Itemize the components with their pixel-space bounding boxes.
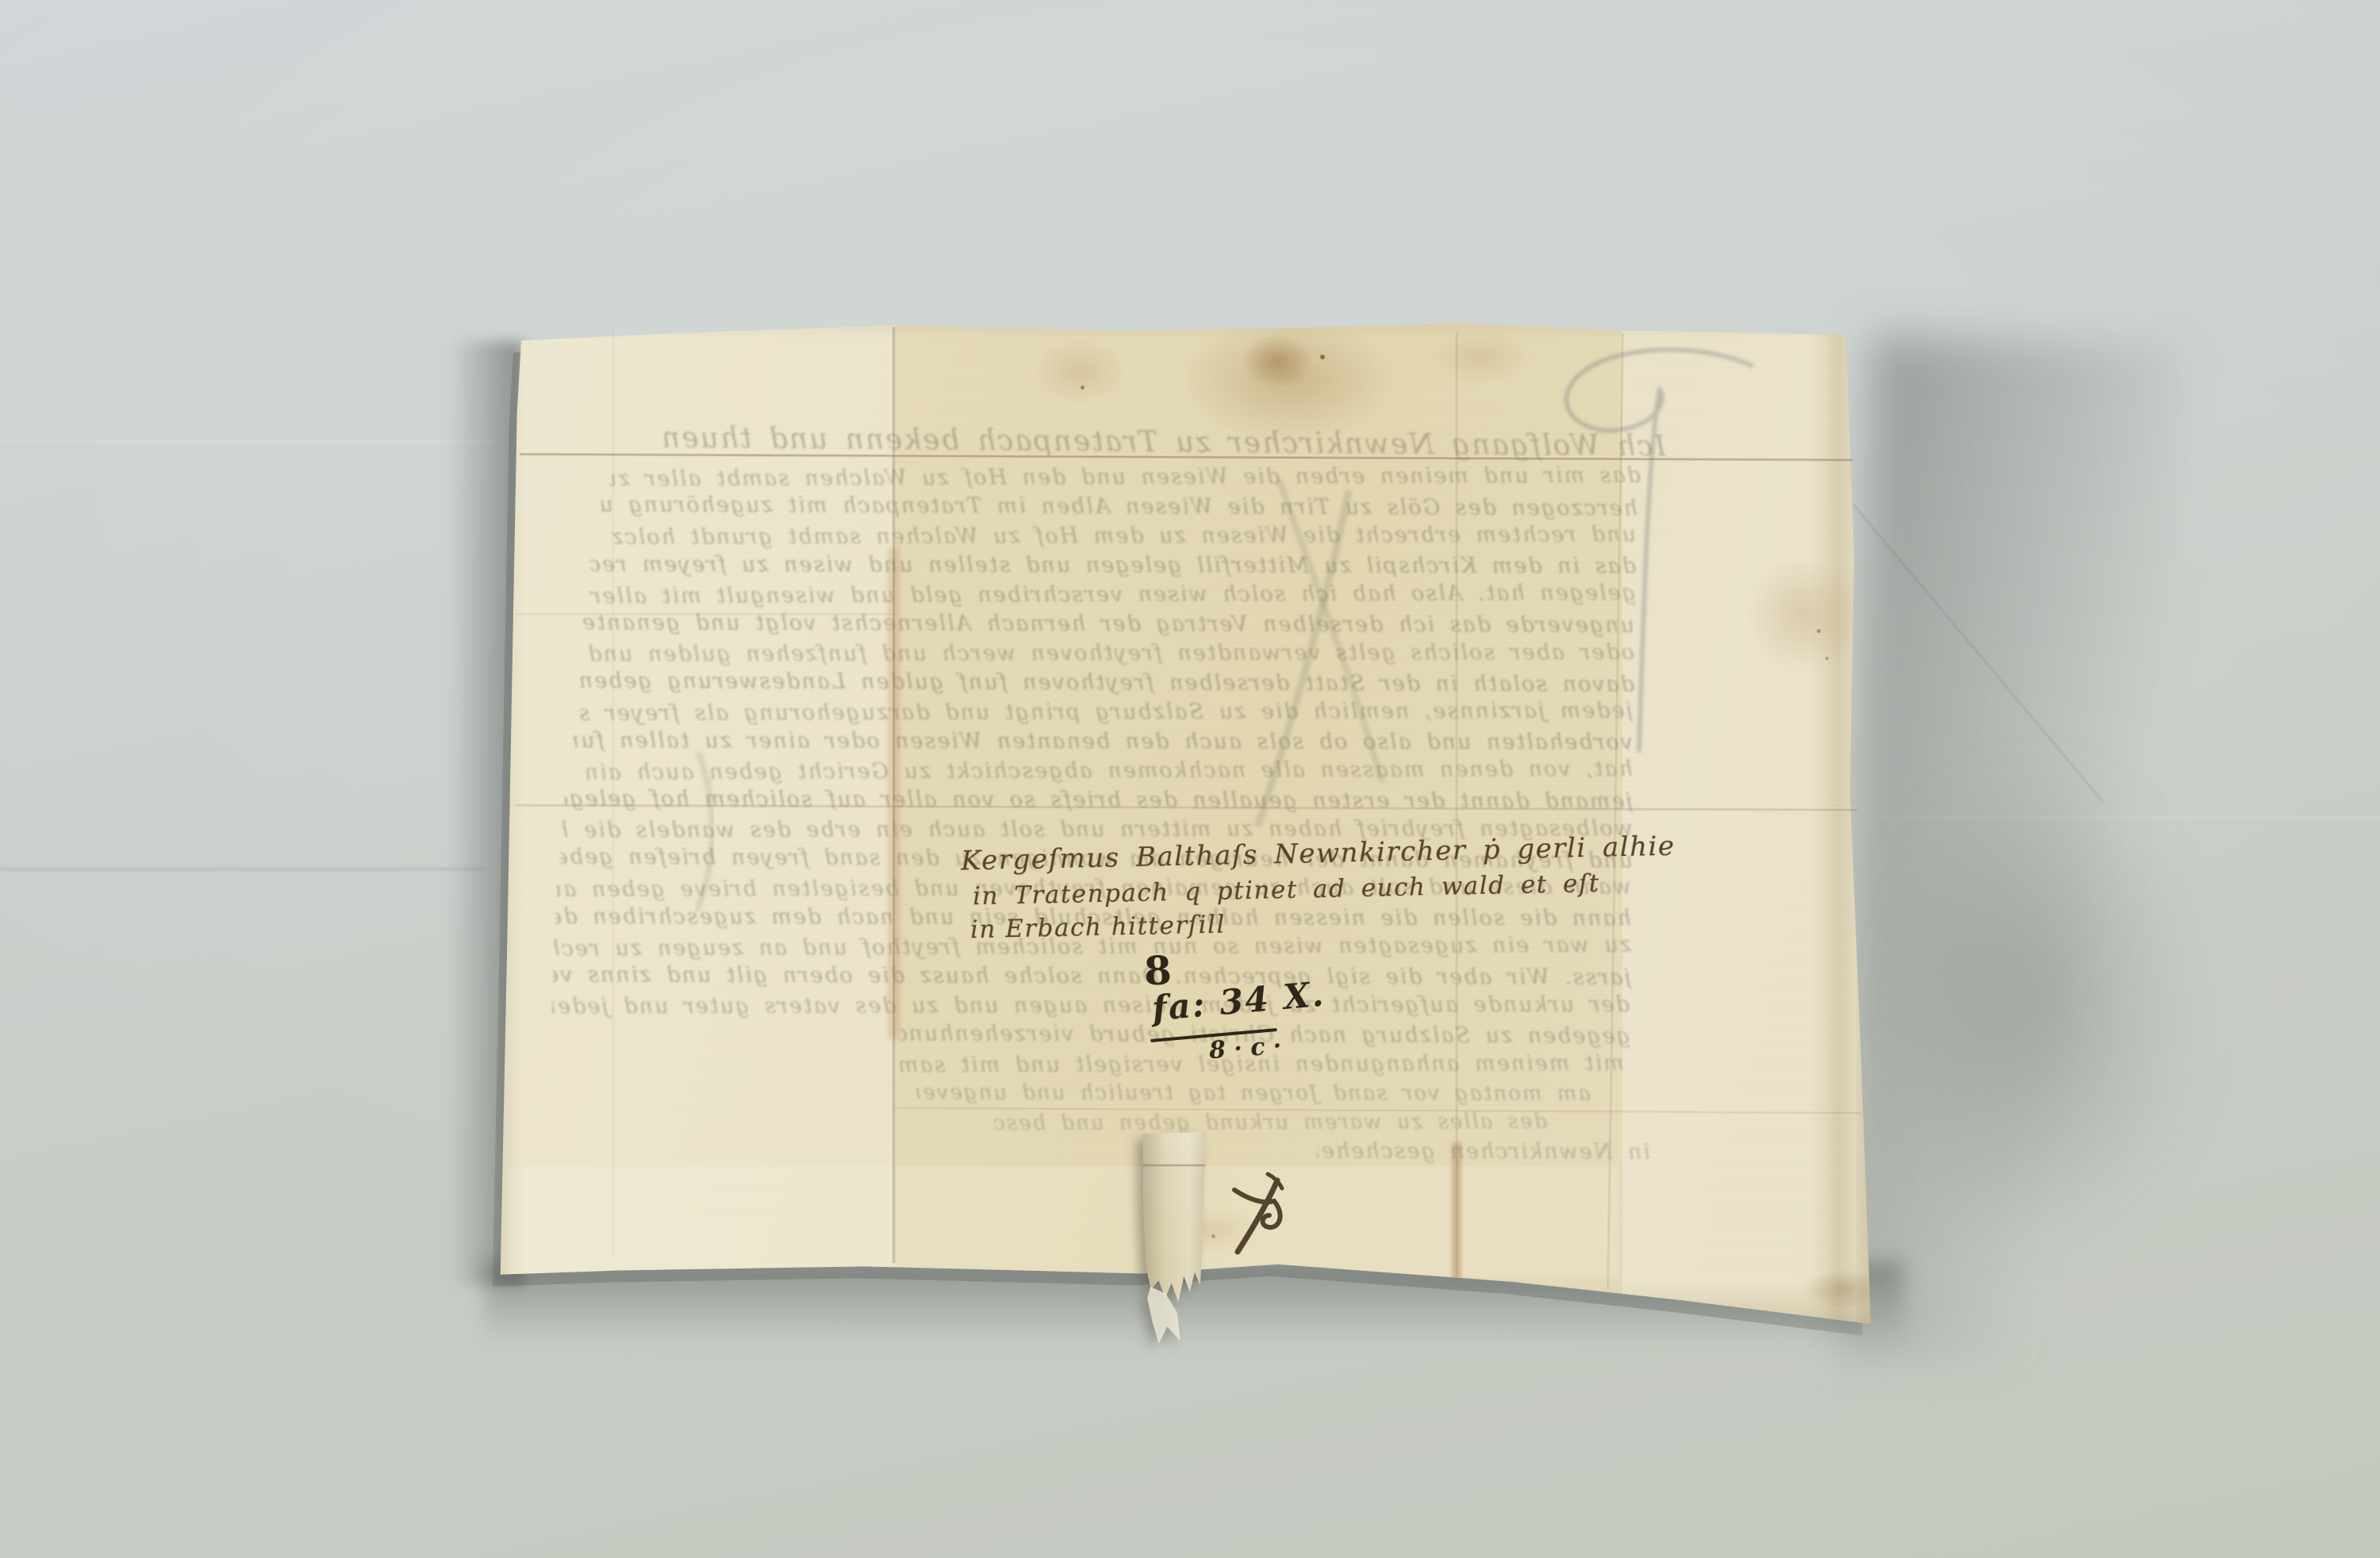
registration-mark-icon [0,0,2380,1558]
photograph-stage: Ich Wolfgang Newnkircher zu Tratenpach b… [0,0,2380,1558]
